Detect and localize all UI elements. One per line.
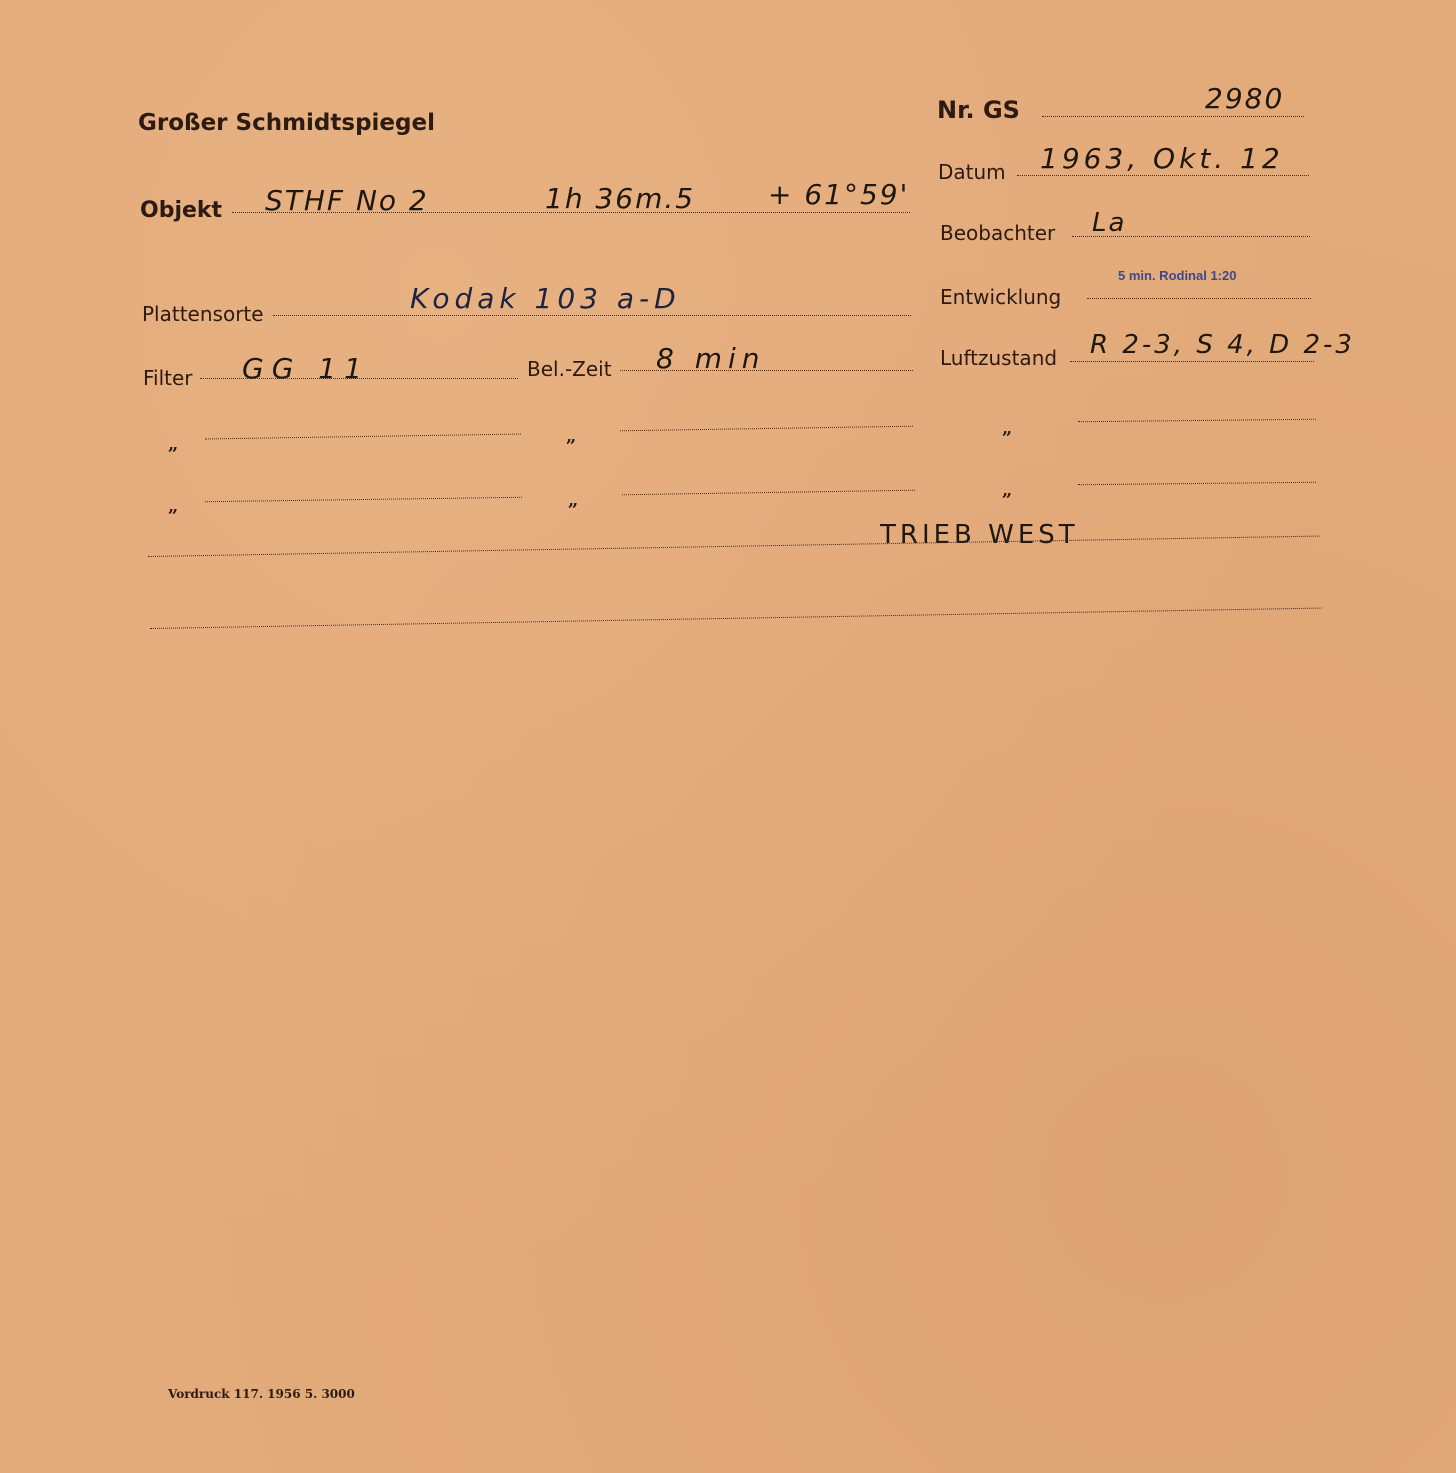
- entwicklung-stamp: 5 min. Rodinal 1:20: [1118, 268, 1236, 283]
- luftzustand-label: Luftzustand: [940, 346, 1057, 370]
- plattensorte-label: Plattensorte: [142, 302, 264, 326]
- nr-gs-line: [1042, 116, 1304, 117]
- luftzustand-ditto-line-1[interactable]: [1078, 419, 1316, 422]
- datum-line: [1017, 175, 1309, 176]
- belzeit-ditto-line-2[interactable]: [622, 490, 915, 496]
- luftzustand-ditto-line-2[interactable]: [1078, 482, 1316, 485]
- filter-label: Filter: [143, 366, 193, 390]
- objekt-name[interactable]: STHF No 2: [265, 184, 429, 217]
- datum-value[interactable]: 1963, Okt. 12: [1040, 142, 1284, 175]
- remarks-line-1[interactable]: [148, 536, 1320, 557]
- ditto-mark: „: [566, 426, 576, 447]
- beobachter-value[interactable]: La: [1092, 208, 1126, 238]
- remarks-line-1-text[interactable]: TRIEB WEST: [880, 520, 1079, 550]
- nr-gs-label: Nr. GS: [937, 96, 1020, 124]
- ditto-mark: „: [168, 434, 178, 455]
- belzeit-value[interactable]: 8 min: [656, 342, 766, 375]
- objekt-right-ascension[interactable]: 1h 36m.5: [545, 182, 695, 215]
- nr-gs-value[interactable]: 2980: [1205, 82, 1284, 115]
- print-imprint: Vordruck 117. 1956 5. 3000: [168, 1387, 355, 1401]
- remarks-line-2[interactable]: [150, 608, 1322, 629]
- objekt-declination[interactable]: + 61°59': [768, 178, 909, 211]
- filter-value[interactable]: GG 11: [242, 352, 370, 385]
- objekt-label: Objekt: [140, 198, 222, 223]
- ditto-mark: „: [568, 490, 578, 511]
- filter-ditto-line-1[interactable]: [205, 434, 521, 440]
- form-title: Großer Schmidtspiegel: [138, 110, 435, 136]
- belzeit-label: Bel.-Zeit: [527, 357, 612, 381]
- entwicklung-label: Entwicklung: [940, 285, 1061, 309]
- luftzustand-line: [1070, 361, 1314, 362]
- datum-label: Datum: [938, 160, 1006, 184]
- ditto-mark: „: [1002, 480, 1012, 501]
- belzeit-ditto-line-1[interactable]: [620, 426, 913, 432]
- ditto-mark: „: [168, 496, 178, 517]
- plattensorte-line: [273, 315, 911, 316]
- plattensorte-value[interactable]: Kodak 103 a-D: [410, 282, 681, 315]
- beobachter-label: Beobachter: [940, 221, 1055, 245]
- entwicklung-line: [1087, 298, 1311, 299]
- filter-ditto-line-2[interactable]: [205, 497, 522, 502]
- ditto-mark: „: [1002, 418, 1012, 439]
- luftzustand-value[interactable]: R 2-3, S 4, D 2-3: [1090, 330, 1355, 360]
